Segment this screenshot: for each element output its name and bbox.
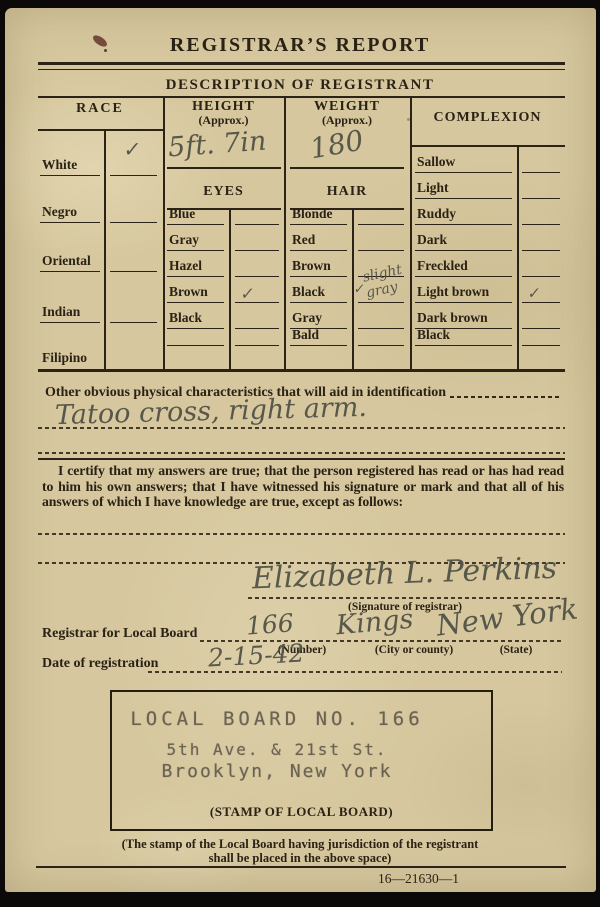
race-header-rule	[38, 129, 163, 131]
stamp-board-number: LOCAL BOARD NO. 166	[112, 708, 442, 730]
race-option-oriental: Oriental	[40, 252, 100, 272]
light-brown-checkmark: ✓	[527, 283, 542, 302]
stamp-city: Brooklyn, New York	[112, 761, 442, 782]
registrar-board-label: Registrar for Local Board	[42, 626, 197, 642]
complexion-check-sallow	[522, 153, 560, 173]
date-handwriting: 2-15-42	[207, 638, 305, 672]
grid-line	[104, 129, 106, 369]
complexion-option-dark: Dark	[415, 231, 512, 251]
hair-header: HAIR	[284, 184, 410, 200]
complexion-check-black	[522, 326, 560, 346]
white-checkmark: ✓	[123, 136, 143, 162]
exceptions-dashed-line	[38, 533, 565, 535]
eyes-blank-row	[167, 326, 224, 346]
race-check-oriental	[110, 252, 157, 272]
eyes-option-gray: Gray	[167, 231, 224, 251]
hair-option-brown: Brown	[290, 257, 347, 277]
hair-option-black: Black	[290, 283, 347, 303]
race-option-indian: Indian	[40, 303, 100, 323]
race-header: RACE	[38, 101, 162, 117]
race-check-indian	[110, 303, 157, 323]
complexion-option-freckled: Freckled	[415, 257, 512, 277]
eyes-check-hazel	[235, 257, 279, 277]
complexion-check-dark	[522, 231, 560, 251]
city-caption: (City or county)	[344, 644, 484, 656]
eyes-option-brown: Brown	[167, 283, 224, 303]
grid-line	[229, 208, 231, 369]
eyes-check-blue	[235, 205, 279, 225]
form-number: 16—21630—1	[378, 871, 459, 887]
blank-dashed-line	[38, 452, 565, 454]
stamp-caption: (STAMP OF LOCAL BOARD)	[110, 804, 493, 820]
race-option-negro: Negro	[40, 203, 100, 223]
hair-option-bald: Bald	[290, 326, 347, 346]
blank-dashed-line	[38, 427, 565, 429]
eyes-option-hazel: Hazel	[167, 257, 224, 277]
race-check-negro	[110, 203, 157, 223]
complexion-check-ruddy	[522, 205, 560, 225]
brown-eyes-checkmark: ✓	[240, 283, 256, 303]
hair-option-red: Red	[290, 231, 347, 251]
date-label: Date of registration	[42, 656, 158, 672]
complexion-header: COMPLEXION	[410, 110, 565, 126]
footer-rule	[36, 866, 566, 868]
hair-option-blonde: Blonde	[290, 205, 347, 225]
grid-line	[163, 96, 165, 369]
complexion-header-rule	[410, 145, 565, 147]
grid-line	[284, 96, 286, 369]
certification-text: I certify that my answers are true; that…	[42, 463, 564, 510]
title-rule-thick	[38, 62, 565, 65]
grid-line	[410, 96, 412, 369]
dashed-fill	[450, 396, 562, 398]
complexion-option-light-brown: Light brown	[415, 283, 512, 303]
race-option-filipino: Filipino	[40, 349, 100, 368]
complexion-option-ruddy: Ruddy	[415, 205, 512, 225]
complexion-check-light	[522, 179, 560, 199]
state-caption: (State)	[481, 644, 551, 656]
stamp-address: 5th Ave. & 21st St.	[112, 740, 442, 759]
table-top-rule	[38, 96, 565, 98]
section-title: DESCRIPTION OF REGISTRANT	[0, 77, 600, 94]
hair-check-red	[358, 231, 404, 251]
board-number-handwriting: 166	[245, 608, 295, 640]
race-option-white: White	[40, 156, 100, 176]
eyes-blank-check	[235, 326, 279, 346]
section-separator-rule	[38, 458, 565, 460]
complexion-option-black: Black	[415, 326, 512, 346]
height-approx-label: (Approx.)	[163, 113, 284, 128]
table-bottom-rule	[38, 369, 565, 372]
weight-value-rule	[290, 167, 404, 169]
complexion-check-freckled	[522, 257, 560, 277]
stamp-note-line1: (The stamp of the Local Board having jur…	[60, 837, 540, 851]
eyes-option-blue: Blue	[167, 205, 224, 225]
hair-check-bald	[358, 326, 404, 346]
stamp-note-line2: shall be placed in the above space)	[60, 851, 540, 865]
title-rule-thin	[38, 69, 565, 70]
complexion-option-light: Light	[415, 179, 512, 199]
complexion-option-sallow: Sallow	[415, 153, 512, 173]
hair-check-blonde	[358, 205, 404, 225]
height-value-rule	[167, 167, 281, 169]
grid-line	[517, 145, 519, 369]
eyes-header: EYES	[163, 184, 284, 200]
page-title: REGISTRAR’S REPORT	[0, 34, 600, 57]
eyes-check-gray	[235, 231, 279, 251]
